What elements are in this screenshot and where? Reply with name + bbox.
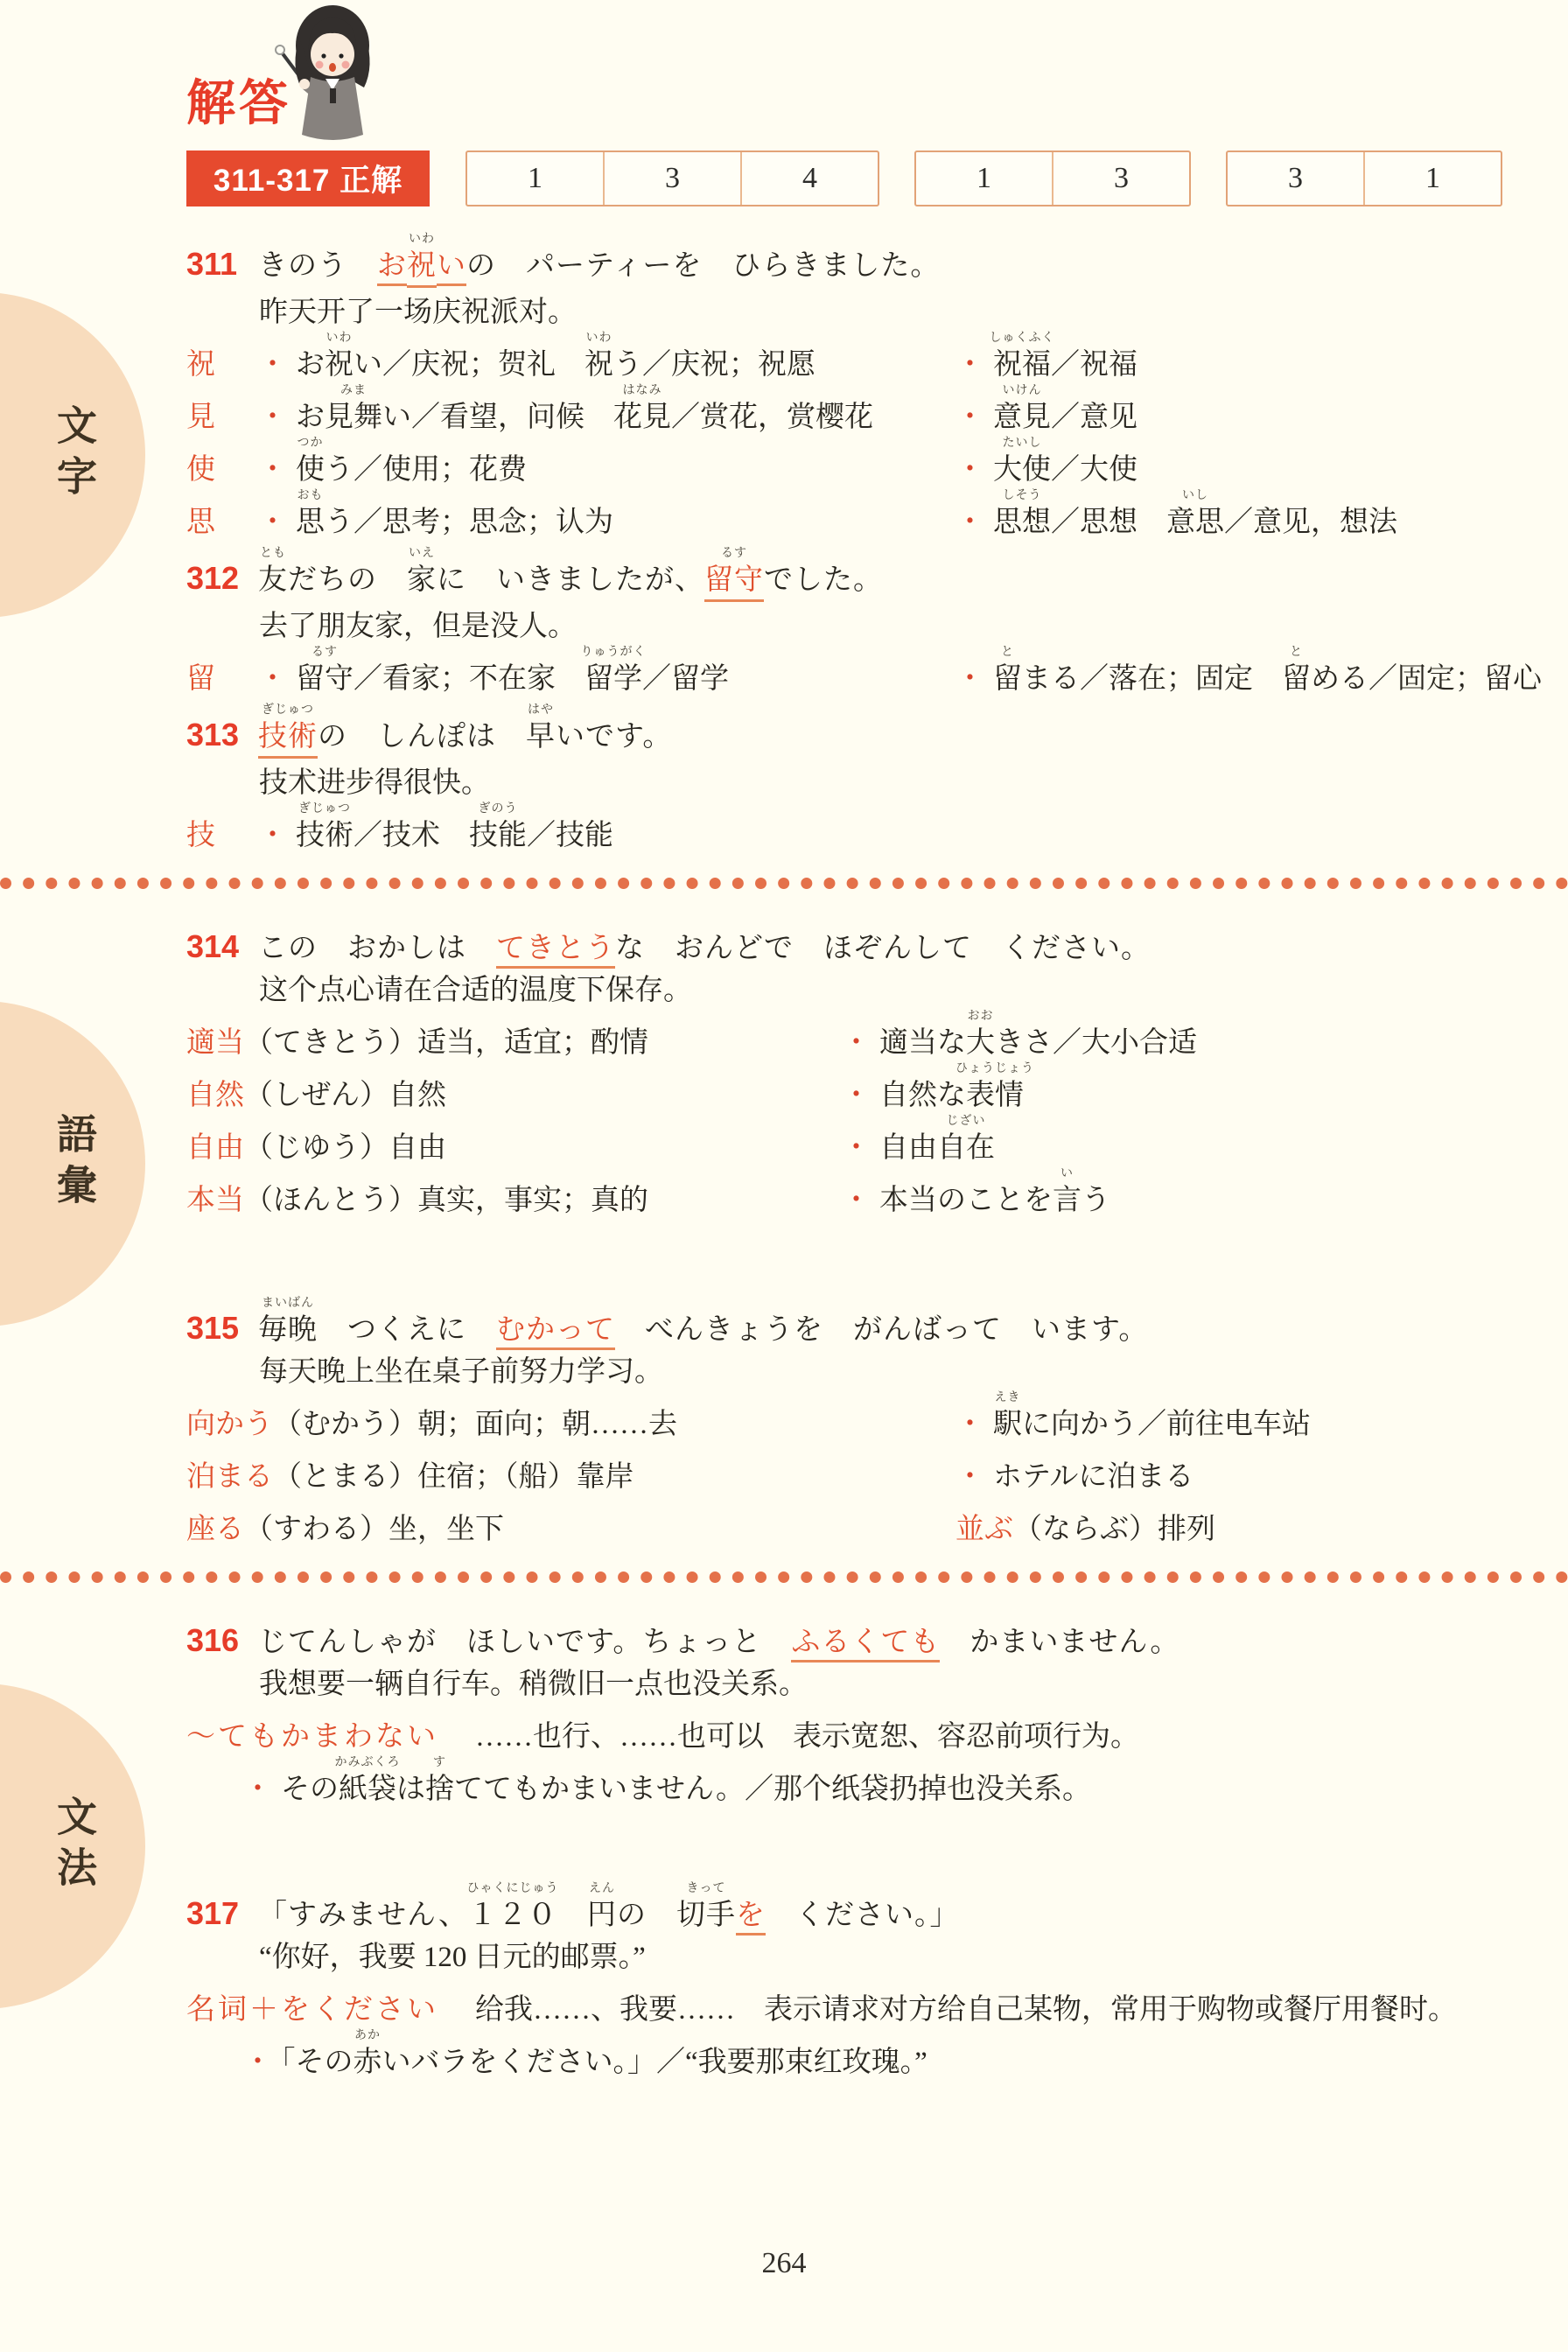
- text-segment: いです。: [556, 721, 672, 752]
- vocab-examples: ・留とまる／落在；固定 留とめる／固定；留心: [955, 661, 1568, 696]
- question-sentence: 友ともだちの 家いえに いきましたが、留守るすでした。: [258, 563, 883, 602]
- grammar-row: ～てもかまわない……也行、……也可以 表示宽恕、容忍前项行为。: [0, 1716, 1568, 1758]
- vocab-kanji: 留: [186, 661, 258, 696]
- vocab-kanji: 見: [186, 400, 258, 435]
- dotted-divider: [0, 1571, 1568, 1583]
- bullet-icon: ・: [842, 1027, 871, 1059]
- bullet-icon: ・: [842, 1132, 871, 1164]
- text-segment: まる／落在；固定: [1022, 663, 1282, 695]
- answer-cell: 1: [467, 152, 603, 205]
- text-segment: は: [396, 1774, 425, 1805]
- answer-cell: 4: [740, 152, 878, 205]
- vocab-headword: 自然: [186, 1080, 244, 1111]
- ruby-word: 自在じざい: [937, 1130, 995, 1165]
- vocab-headword: 本当: [186, 1185, 244, 1216]
- bullet-icon: ・: [258, 402, 287, 433]
- text-segment: （すわる）坐，坐下: [244, 1514, 504, 1545]
- ruby-word: 捨す: [425, 1772, 454, 1807]
- page-number: 264: [0, 2247, 1568, 2280]
- ruby-word: 紙袋かみぶくろ: [339, 1772, 396, 1807]
- text-segment: お: [296, 402, 325, 433]
- question-row-311: 311きのう お祝いわいの パーティーを ひらきました。: [0, 247, 1568, 288]
- answer-keyword: ふるくても: [791, 1627, 940, 1662]
- furigana: しそう: [1003, 490, 1042, 502]
- chinese-translation: 昨天开了一场庆祝派对。: [0, 295, 1568, 330]
- text-segment: （ほんとう）真实，事实；真的: [244, 1185, 648, 1216]
- vocab-definitions: 泊まる（とまる）住宿；（船）靠岸: [186, 1459, 955, 1494]
- vocab-row: 使・使つかう／使用；花费・大使たいし／大使: [0, 452, 1568, 487]
- vocab-definitions: 自由（じゆう）自由: [186, 1130, 842, 1165]
- ruby-word: 切手きって: [676, 1898, 736, 1933]
- vocab-definitions: ・お祝いわい／庆祝；贺礼 祝いわう／庆祝；祝愿: [258, 347, 955, 382]
- bullet-icon: ・: [955, 349, 984, 381]
- furigana: おお: [968, 1011, 994, 1023]
- vocab-headword: 並ぶ: [955, 1514, 1013, 1545]
- vocab-examples: ・意見いけん／意见: [955, 400, 1568, 435]
- text-segment: （とまる）住宿；（船）靠岸: [273, 1461, 634, 1493]
- ruby-word: 赤あか: [353, 2045, 382, 2080]
- vocab-headword: 自由: [186, 1132, 244, 1164]
- answer-keyword: い: [437, 250, 466, 286]
- text-segment: ／大使: [1051, 454, 1137, 486]
- question-sentence: 「すみません、１２０ひゃくにじゅう 円えんの 切手きってを ください。」: [258, 1898, 959, 1933]
- text-segment: ／看家；不在家: [353, 663, 584, 695]
- text-segment: う／使用；花费: [325, 454, 527, 486]
- vocab-row: 向かう（むかう）朝；面向；朝……去・駅えきに向かう／前往电车站: [0, 1407, 1568, 1442]
- text-segment: 「その: [281, 2047, 353, 2078]
- furigana: えき: [995, 1392, 1021, 1404]
- text-segment: の パーティーを ひらきました。: [466, 250, 940, 282]
- furigana: かみぶくろ: [335, 1757, 401, 1769]
- text-segment: きさ／大小合适: [995, 1027, 1197, 1059]
- text-segment: （てきとう）适当，适宜；酌情: [244, 1027, 648, 1059]
- chinese-translation: 去了朋友家，但是没人。: [0, 609, 1568, 644]
- grammar-pattern: ～てもかまわない: [186, 1716, 438, 1758]
- text-segment: 自然な: [879, 1080, 966, 1111]
- vocab-examples: ・自然な表情ひょうじょう: [842, 1078, 1568, 1113]
- teacher-girl-illustration: [261, 0, 388, 150]
- vocab-examples: ・ホテルに泊まる: [955, 1459, 1568, 1494]
- bullet-icon: ・: [243, 2047, 272, 2078]
- answer-group-2: 13: [914, 150, 1191, 206]
- answer-keyword: お: [377, 250, 407, 286]
- vocab-definitions: ・思おもう／思考；思念；认为: [258, 505, 955, 540]
- question-sentence: きのう お祝いわいの パーティーを ひらきました。: [258, 248, 940, 288]
- text-segment: ／意见: [1051, 402, 1137, 433]
- furigana: まいばん: [262, 1298, 314, 1310]
- furigana: ぎじゅつ: [298, 803, 351, 815]
- ruby-word: 思想しそう: [993, 505, 1051, 540]
- chinese-translation: 每天晚上坐在桌子前努力学习。: [0, 1354, 1568, 1389]
- ruby-word: 留学りゅうがく: [584, 661, 642, 696]
- furigana: いわ: [409, 234, 435, 246]
- furigana: つか: [297, 437, 324, 450]
- vocab-definitions: 向かう（むかう）朝；面向；朝……去: [186, 1407, 955, 1442]
- furigana: えん: [589, 1883, 615, 1895]
- question-row-315: 315毎晩まいばん つくえに むかって べんきょうを がんばって います。: [0, 1311, 1568, 1347]
- ruby-word: 大使たいし: [993, 452, 1051, 487]
- ruby-word: 使つか: [296, 452, 325, 487]
- vocab-row: 本当（ほんとう）真实，事实；真的・本当のことを言いう: [0, 1183, 1568, 1218]
- question-row-314: 314この おかしは てきとうな おんどで ほぞんして ください。: [0, 929, 1568, 966]
- ruby-word: 技能ぎのう: [469, 818, 527, 853]
- text-segment: に いきましたが、: [437, 564, 704, 596]
- chinese-translation: 这个点心请在合适的温度下保存。: [0, 973, 1568, 1008]
- vocab-row: 自由（じゆう）自由・自由自在じざい: [0, 1130, 1568, 1165]
- text-segment: でした。: [764, 564, 883, 596]
- text-segment: な おんどで ほぞんして ください。: [615, 933, 1151, 964]
- text-segment: つくえに: [318, 1314, 496, 1346]
- bullet-icon: ・: [258, 820, 287, 851]
- question-sentence: 毎晩まいばん つくえに むかって べんきょうを がんばって います。: [258, 1312, 1148, 1347]
- spacer: [0, 1235, 1568, 1270]
- ruby-word: 毎晩まいばん: [258, 1312, 318, 1347]
- answer-cell: 1: [916, 152, 1052, 205]
- answer-strip: 1341331: [465, 150, 1502, 206]
- ruby-word: 円えん: [587, 1898, 617, 1933]
- vocab-row: 技・技術ぎじゅつ／技术 技能ぎのう／技能: [0, 818, 1568, 853]
- vocab-examples: ・本当のことを言いう: [842, 1183, 1568, 1218]
- furigana: ぎのう: [479, 803, 518, 815]
- bullet-icon: ・: [955, 402, 984, 433]
- furigana: るす: [721, 548, 747, 560]
- furigana: ぎじゅつ: [262, 704, 314, 717]
- text-segment: べんきょうを がんばって います。: [615, 1314, 1148, 1346]
- grammar-pattern: 名词＋をください: [186, 1989, 438, 2031]
- vocab-examples: ・大使たいし／大使: [955, 452, 1568, 487]
- question-number: 317: [186, 1896, 258, 1931]
- text-segment: その: [281, 1774, 339, 1805]
- vocab-definitions: ・技術ぎじゅつ／技术 技能ぎのう／技能: [258, 818, 955, 853]
- question-row-316: 316じてんしゃが ほしいです。ちょっと ふるくても かまいません。: [0, 1623, 1568, 1660]
- text-segment: 给我……、我要…… 表示请求对方给自己某物，常用于购物或餐厅用餐时。: [475, 1994, 1457, 2026]
- question-row-312: 312友ともだちの 家いえに いきましたが、留守るすでした。: [0, 561, 1568, 602]
- vocab-examples: ・思想しそう／思想 意思いし／意见，想法: [955, 505, 1568, 540]
- grammar-explanation: ……也行、……也可以 表示宽恕、容忍前项行为。: [475, 1716, 1510, 1758]
- question-number: 316: [186, 1623, 258, 1658]
- furigana: はなみ: [623, 385, 662, 397]
- vocab-examples: ・適当な大おおきさ／大小合适: [842, 1025, 1568, 1060]
- answer-cell: 3: [1228, 152, 1363, 205]
- ruby-word: 留と: [1282, 661, 1311, 696]
- spacer: [0, 1821, 1568, 1856]
- vocab-row: 座る（すわる）坐，坐下並ぶ（ならぶ）排列: [0, 1512, 1568, 1547]
- vocab-row: 思・思おもう／思考；思念；认为・思想しそう／思想 意思いし／意见，想法: [0, 505, 1568, 540]
- bullet-icon: ・: [258, 454, 287, 486]
- text-segment: いバラをください。」／“我要那束红玫瑰。”: [382, 2047, 927, 2078]
- answer-range-badge: 311-317 正解: [186, 150, 430, 206]
- vocab-headword: 適当: [186, 1027, 244, 1059]
- vocab-definitions: ・お見舞みまい／看望，问候 花見はなみ／赏花，赏樱花: [258, 400, 955, 435]
- vocab-definitions: ・使つかう／使用；花费: [258, 452, 955, 487]
- text-segment: い／庆祝；贺礼: [353, 349, 584, 381]
- bullet-icon: ・: [955, 1409, 984, 1440]
- text-segment: じてんしゃが ほしいです。ちょっと: [258, 1627, 791, 1658]
- text-segment: だちの: [288, 564, 407, 596]
- furigana: と: [1290, 647, 1303, 659]
- text-segment: ／留学: [642, 663, 729, 695]
- furigana: じざい: [947, 1116, 986, 1128]
- question-row-313: 313技術ぎじゅつの しんぽは 早はやいです。: [0, 717, 1568, 759]
- text-segment: ／技能: [527, 820, 613, 851]
- question-sentence: この おかしは てきとうな おんどで ほぞんして ください。: [258, 931, 1151, 966]
- chinese-translation: “你好，我要 120 日元的邮票。”: [0, 1940, 1568, 1975]
- ruby-word: 祝いわ: [325, 347, 353, 382]
- furigana: ひゃくにじゅう: [466, 1883, 558, 1895]
- furigana: あか: [354, 2030, 381, 2042]
- text-segment: ……也行、……也可以 表示宽恕、容忍前项行为。: [475, 1721, 1139, 1753]
- furigana: いわ: [586, 332, 612, 345]
- ruby-word: 家いえ: [407, 563, 437, 598]
- grammar-explanation: 给我……、我要…… 表示请求对方给自己某物，常用于购物或餐厅用餐时。: [475, 1989, 1510, 2031]
- vocab-definitions: 自然（しぜん）自然: [186, 1078, 842, 1113]
- text-segment: の: [617, 1900, 676, 1931]
- answer-keyword: むかって: [496, 1314, 615, 1350]
- ruby-word: 技術ぎじゅつ: [296, 818, 353, 853]
- example-sentence: ・その紙袋かみぶくろは捨すててもかまいません。／那个纸袋扔掉也没关系。: [0, 1772, 1568, 1807]
- furigana: りゅうがく: [581, 647, 647, 659]
- ruby-word: 言い: [1053, 1183, 1081, 1218]
- dotted-divider: [0, 878, 1568, 889]
- ruby-word: 表情ひょうじょう: [966, 1078, 1024, 1113]
- ruby-word: 見舞みま: [325, 400, 382, 435]
- furigana: い: [1060, 1168, 1074, 1180]
- vocab-row: 泊まる（とまる）住宿；（船）靠岸・ホテルに泊まる: [0, 1459, 1568, 1494]
- bullet-icon: ・: [955, 507, 984, 538]
- bullet-icon: ・: [258, 349, 287, 381]
- ruby-word: 花見はなみ: [613, 400, 671, 435]
- ruby-word: 大おお: [966, 1025, 995, 1060]
- furigana: いけん: [1003, 385, 1042, 397]
- vocab-row: 見・お見舞みまい／看望，问候 花見はなみ／赏花，赏樱花・意見いけん／意见: [0, 400, 1568, 435]
- furigana: いし: [1182, 490, 1208, 502]
- text-segment: う／庆祝；祝愿: [613, 349, 815, 381]
- content-area: 311きのう お祝いわいの パーティーを ひらきました。昨天开了一场庆祝派对。祝…: [0, 236, 1568, 2094]
- ruby-word: 祝福しゅくふく: [993, 347, 1051, 382]
- text-segment: ててもかまいません。／那个纸袋扔掉也没关系。: [454, 1774, 1091, 1805]
- ruby-word: 留守るす: [296, 661, 353, 696]
- answer-cell: 1: [1363, 152, 1501, 205]
- text-segment: 本当のことを: [879, 1185, 1053, 1216]
- furigana: とも: [260, 548, 286, 560]
- example-sentence: ・「その赤あかいバラをください。」／“我要那束红玫瑰。”: [0, 2045, 1568, 2080]
- vocab-definitions: 座る（すわる）坐，坐下: [186, 1512, 955, 1547]
- vocab-headword: 向かう: [186, 1409, 273, 1440]
- text-segment: [557, 1900, 587, 1931]
- bullet-icon: ・: [258, 663, 287, 695]
- furigana: す: [433, 1757, 446, 1769]
- question-row-317: 317「すみません、１２０ひゃくにじゅう 円えんの 切手きってを ください。」: [0, 1896, 1568, 1933]
- text-segment: ／赏花，赏樱花: [671, 402, 873, 433]
- vocab-examples: ・自由自在じざい: [842, 1130, 1568, 1165]
- question-number: 314: [186, 929, 258, 964]
- ruby-word: １２０ひゃくにじゅう: [468, 1898, 557, 1933]
- bullet-icon: ・: [842, 1080, 871, 1111]
- text-segment: お: [296, 349, 325, 381]
- vocab-definitions: ・留守るす／看家；不在家 留学りゅうがく／留学: [258, 661, 955, 696]
- text-segment: この おかしは: [258, 933, 496, 964]
- text-segment: める／固定；留心: [1311, 663, 1542, 695]
- question-number: 313: [186, 717, 258, 752]
- ruby-word: 留と: [993, 661, 1022, 696]
- bullet-icon: ・: [955, 454, 984, 486]
- vocab-kanji: 思: [186, 505, 258, 540]
- furigana: たいし: [1003, 437, 1042, 450]
- furigana: きって: [686, 1883, 725, 1895]
- answer-cell: 3: [603, 152, 740, 205]
- vocab-kanji: 使: [186, 452, 258, 487]
- text-segment: 自由: [879, 1132, 937, 1164]
- ruby-word: 早はや: [526, 719, 556, 754]
- furigana: みま: [340, 385, 367, 397]
- vocab-row: 祝・お祝いわい／庆祝；贺礼 祝いわう／庆祝；祝愿・祝福しゅくふく／祝福: [0, 347, 1568, 382]
- question-number: 312: [186, 561, 258, 596]
- furigana: しゅくふく: [990, 332, 1055, 345]
- ruby-word: 駅えき: [993, 1407, 1022, 1442]
- question-sentence: 技術ぎじゅつの しんぽは 早はやいです。: [258, 719, 672, 759]
- vocab-examples: ・祝福しゅくふく／祝福: [955, 347, 1568, 382]
- vocab-examples: ・駅えきに向かう／前往电车站: [955, 1407, 1568, 1442]
- text-segment: ／意见，想法: [1224, 507, 1397, 538]
- vocab-headword: 泊まる: [186, 1461, 273, 1493]
- ruby-word: 思おも: [296, 505, 325, 540]
- text-segment: きのう: [258, 250, 377, 282]
- text-segment: う／思考；思念；认为: [325, 507, 613, 538]
- answer-keyword: を: [736, 1900, 766, 1935]
- furigana: と: [1001, 647, 1014, 659]
- text-segment: ／技术: [353, 820, 469, 851]
- answer-group-1: 134: [465, 150, 879, 206]
- grammar-row: 名词＋をください给我……、我要…… 表示请求对方给自己某物，常用于购物或餐厅用餐…: [0, 1989, 1568, 2031]
- ruby-word: 意見いけん: [993, 400, 1051, 435]
- furigana: ひょうじょう: [955, 1063, 1034, 1075]
- ruby-word: 技術ぎじゅつ: [258, 719, 318, 759]
- ruby-word: 意思いし: [1166, 505, 1224, 540]
- vocab-definitions: 本当（ほんとう）真实，事实；真的: [186, 1183, 842, 1218]
- text-segment: 適当な: [879, 1027, 966, 1059]
- text-segment: い／看望，问候: [382, 402, 613, 433]
- chinese-translation: 我想要一辆自行车。稍微旧一点也没关系。: [0, 1667, 1568, 1702]
- furigana: はや: [528, 704, 554, 717]
- question-sentence: じてんしゃが ほしいです。ちょっと ふるくても かまいません。: [258, 1625, 1179, 1660]
- question-number: 311: [186, 247, 258, 282]
- ruby-word: 祝いわ: [407, 248, 437, 288]
- vocab-row: 留・留守るす／看家；不在家 留学りゅうがく／留学・留とまる／落在；固定 留とめる…: [0, 661, 1568, 696]
- text-segment: ホテルに泊まる: [993, 1461, 1193, 1493]
- text-segment: （むかう）朝；面向；朝……去: [273, 1409, 677, 1440]
- ruby-word: 祝いわ: [584, 347, 613, 382]
- answer-group-3: 31: [1226, 150, 1502, 206]
- text-segment: ／思想: [1051, 507, 1166, 538]
- text-segment: う: [1081, 1185, 1110, 1216]
- text-segment: （ならぶ）排列: [1013, 1514, 1215, 1545]
- question-number: 315: [186, 1311, 258, 1346]
- furigana: いわ: [326, 332, 353, 345]
- bullet-icon: ・: [842, 1185, 871, 1216]
- text-segment: かまいません。: [940, 1627, 1179, 1658]
- text-segment: ください。」: [766, 1900, 960, 1931]
- text-segment: ／祝福: [1051, 349, 1137, 381]
- bullet-icon: ・: [955, 1461, 984, 1493]
- text-segment: に向かう／前往电车站: [1022, 1409, 1311, 1440]
- vocab-kanji: 祝: [186, 347, 258, 382]
- text-segment: （しぜん）自然: [244, 1080, 446, 1111]
- answer-cell: 3: [1052, 152, 1189, 205]
- ruby-word: 友とも: [258, 563, 288, 598]
- ruby-word: 留守るす: [704, 563, 764, 602]
- furigana: いえ: [409, 548, 435, 560]
- vocab-definitions: 適当（てきとう）适当，适宜；酌情: [186, 1025, 842, 1060]
- chinese-translation: 技术进步得很快。: [0, 766, 1568, 801]
- vocab-headword: 座る: [186, 1514, 244, 1545]
- answer-keyword: てきとう: [496, 933, 615, 969]
- furigana: るす: [311, 647, 338, 659]
- vocab-kanji: 技: [186, 818, 258, 853]
- text-segment: 「すみません、: [258, 1900, 468, 1931]
- furigana: おも: [297, 490, 324, 502]
- vocab-examples: 並ぶ（ならぶ）排列: [955, 1512, 1568, 1547]
- vocab-row: 自然（しぜん）自然・自然な表情ひょうじょう: [0, 1078, 1568, 1113]
- bullet-icon: ・: [243, 1774, 272, 1805]
- bullet-icon: ・: [258, 507, 287, 538]
- bullet-icon: ・: [955, 663, 984, 695]
- vocab-row: 適当（てきとう）适当，适宜；酌情・適当な大おおきさ／大小合适: [0, 1025, 1568, 1060]
- text-segment: （じゆう）自由: [244, 1132, 446, 1164]
- text-segment: の しんぽは: [318, 721, 526, 752]
